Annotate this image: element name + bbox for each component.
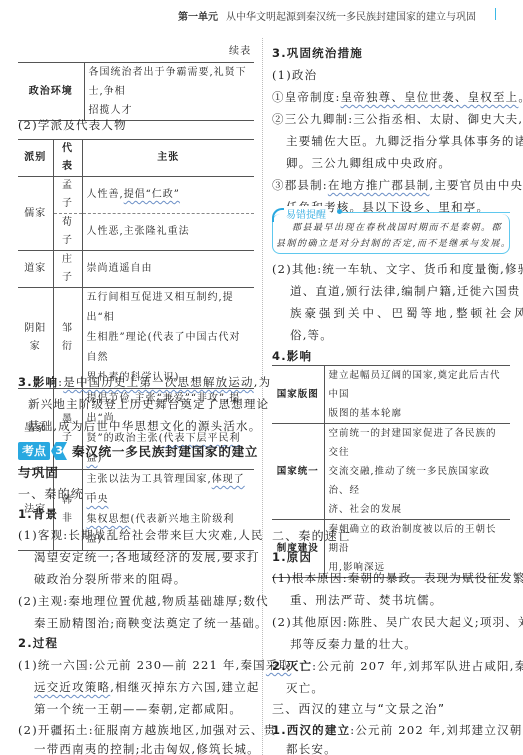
tip-top-line <box>340 212 510 213</box>
unit-title: 从中华文明起源到秦汉统一多民族封建国家的建立与巩固 <box>226 8 476 23</box>
process-1-line-3: 第一个统一王朝——秦朝,定都咸阳。 <box>34 702 242 716</box>
reason-1-line-2: 重、刑法严苛、焚书坑儒。 <box>290 593 442 607</box>
tip-dot-icon <box>337 209 342 214</box>
fall-line-2: 灭亡。 <box>286 681 324 695</box>
other-measures-4: 俗,等。 <box>290 328 333 342</box>
other-measures-3: 族豪强到关中、巴蜀等地,整顿社会风 <box>290 306 523 320</box>
header-claim: 主张 <box>82 140 254 177</box>
env-content-1: 各国统治者出于争霸需要,礼贤下士,争相 <box>89 63 251 101</box>
impact-content-territory: 建立起幅员辽阔的国家,奠定此后古代中国 版图的基本轮廓 <box>324 366 510 424</box>
other-measures-2: 道、直道,颁行法律,编制户籍,迁徙六国贵 <box>290 284 520 298</box>
continued-label: 续表 <box>229 45 251 59</box>
header-school: 派别 <box>18 140 53 177</box>
env-table: 政治环境 各国统治者出于争霸需要,礼贤下士,争相 招揽人才 <box>18 62 254 121</box>
section-qin-fall: 二、秦的速亡 <box>272 529 351 543</box>
process-heading: 2.过程 <box>18 636 58 650</box>
impact-heading: 4.影响 <box>272 349 312 363</box>
header-accent-bar <box>495 8 496 20</box>
kaodian-title-2: 与巩固 <box>18 466 59 480</box>
tip-text-2: 县制的确立是对分封制的否定,而不是继承与发展。 <box>276 237 511 251</box>
other-measures-1: (2)其他:统一车轨、文字、货币和度量衡,修驰 <box>272 262 523 276</box>
background-objective-1: (1)客观:长期战乱给社会带来巨大灾难,人民 <box>18 528 264 542</box>
impact-table: 国家版图 建立起幅员辽阔的国家,奠定此后古代中国 版图的基本轮廓 国家统一 空前… <box>272 365 510 578</box>
reason-1-line-1: (1)根本原因:秦朝的暴政。表现为赋役征发繁 <box>272 571 523 585</box>
kaodian-title: 秦汉统一多民族封建国家的建立 <box>72 442 258 460</box>
reasons-heading: 1.原因 <box>272 550 312 564</box>
tip-label: 易错提醒 <box>284 206 328 221</box>
background-objective-2: 渴望安定统一;各地域经济的发展,要求打 <box>34 550 260 564</box>
reason-2-line-2: 邦等反秦力量的壮大。 <box>290 637 417 651</box>
impact-content-institutions: 秦朝确立的政治制度被以后的王朝长期沿 用,影响深远 <box>324 520 510 578</box>
impact-label-territory: 国家版图 <box>272 366 324 424</box>
kaodian-badge: 考点 <box>18 442 50 460</box>
influence-line-3: 基础,成为后世中华思想文化的源头活水。 <box>28 419 261 433</box>
reason-2-line-1: (2)其他原因:陈胜、吴广农民大起义;项羽、刘 <box>272 615 523 629</box>
measure-sangong-3: 卿。三公九卿组成中央政府。 <box>286 156 451 170</box>
rep-zhuangzi: 庄子 <box>53 251 82 288</box>
env-label: 政治环境 <box>18 63 84 121</box>
claim-zhuangzi: 崇尚逍遥自由 <box>82 251 254 288</box>
rep-zouyan: 邹衍 <box>53 288 82 389</box>
influence-line-2: 新兴地主阶级登上历史舞台奠定了思想理论 <box>28 397 269 411</box>
political-heading: (1)政治 <box>272 68 317 82</box>
influence-line-1: 3.影响:是中国历史上第一次思想解放运动,为 <box>18 375 271 389</box>
schools-heading: (2)学派及代表人物 <box>18 118 127 132</box>
kaodian-number: 3 <box>51 442 67 460</box>
process-2-line-2: 一带西南夷的控制;北击匈奴,修筑长城。 <box>34 742 260 755</box>
rep-mencius: 孟子 <box>53 177 82 214</box>
kaodian-heading: 考点 3 秦汉统一多民族封建国家的建立 <box>18 442 258 460</box>
rep-xunzi: 荀子 <box>53 214 82 251</box>
measure-sangong-2: 主要辅佐大臣。九卿泛指分掌具体事务的诸 <box>286 134 523 148</box>
school-daoist: 道家 <box>18 251 53 288</box>
claim-zouyan: 五行间相互促进又相互制约,提出“相 生相胜”理论(代表了中国古代对自然 界朴素的… <box>82 288 254 389</box>
section-western-han: 三、西汉的建立与“文景之治” <box>272 702 445 716</box>
section-qin-unification: 一、秦的统一 <box>18 487 97 501</box>
measure-sangong-1: ②三公九卿制:三公指丞相、太尉、御史大夫,为 <box>272 112 523 126</box>
unit-label: 第一单元 <box>178 8 218 23</box>
claim-xunzi: 人性恶,主张隆礼重法 <box>82 214 254 251</box>
school-confucian: 儒家 <box>18 177 53 251</box>
background-subjective-1: (2)主观:秦地理位置优越,物质基础雄厚;数代 <box>18 594 269 608</box>
impact-label-unity: 国家统一 <box>272 424 324 520</box>
background-heading: 1.背景 <box>18 507 58 521</box>
impact-content-unity: 空前统一的封建国家促进了各民族的交往 交流交融,推动了统一多民族国家政治、经 济… <box>324 424 510 520</box>
background-subjective-2: 秦王励精图治;商鞅变法奠定了统一基础。 <box>34 616 268 630</box>
process-1-line-2: 远交近攻策略,相继灭掉东方六国,建立起 <box>34 680 260 694</box>
header-rep: 代表 <box>53 140 82 177</box>
process-1-line-1: (1)统一六国:公元前 230—前 221 年,秦国采取 <box>18 658 291 672</box>
han-founding-line-2: 都长安。 <box>286 742 337 755</box>
school-yinyang: 阴阳家 <box>18 288 53 389</box>
measures-heading: 3.巩固统治措施 <box>272 46 363 60</box>
page-header: 第一单元 从中华文明起源到秦汉统一多民族封建国家的建立与巩固 <box>0 8 523 22</box>
han-founding-line-1: 1.西汉的建立:公元前 202 年,刘邦建立汉朝,定 <box>272 723 523 737</box>
fall-line-1: 2.灭亡:公元前 207 年,刘邦军队进占咸阳,秦朝 <box>272 659 523 673</box>
background-objective-3: 破政治分裂所带来的阻碍。 <box>34 572 186 586</box>
claim-mencius: 人性善,提倡“仁政” <box>82 177 254 214</box>
tip-text-1: 郡县最早出现在春秋战国时期而不是秦朝。郡 <box>292 221 502 235</box>
measure-emperor: ①皇帝制度:皇帝独尊、皇位世袭、皇权至上。 <box>272 90 523 104</box>
process-2-line-1: (2)开疆拓土:征服南方越族地区,加强对云、贵 <box>18 723 276 737</box>
measure-junxian-1: ③郡县制:在地方推广郡县制,主要官员由中央 <box>272 178 523 192</box>
